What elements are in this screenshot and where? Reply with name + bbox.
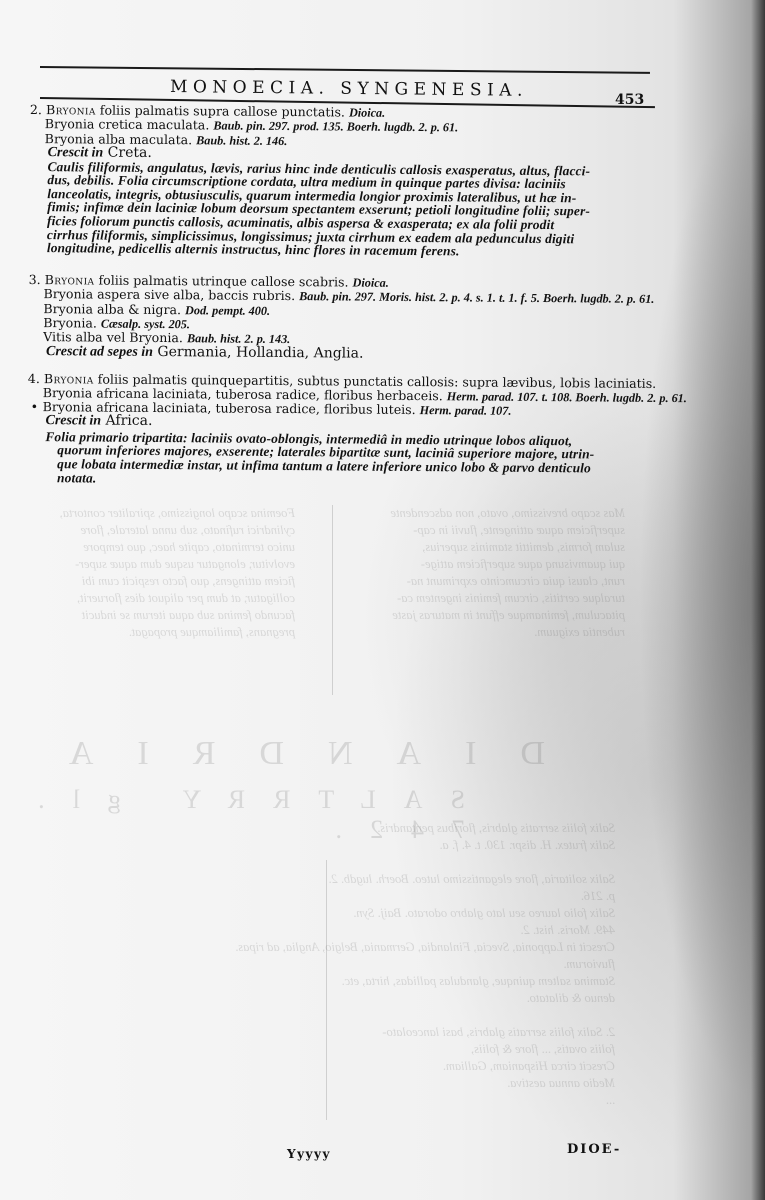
species-entry-2: 2. Bryonia foliis palmatis supra callose… [29, 103, 640, 260]
species-description: Caulis filiformis, angulatus, lævis, rar… [29, 160, 640, 260]
synonym-reference: Dod. pempt. 400. [185, 303, 270, 318]
species-description: Folia primario tripartita: laciniis ovat… [27, 430, 637, 489]
synonym-reference: Herm. parad. 107. t. 108. Boerh. lugdb. … [447, 389, 687, 405]
synonym-reference: Baub. pin. 297. prod. 135. Boerh. lugdb.… [213, 119, 458, 135]
entry-number: 3. [29, 272, 41, 287]
page-content: 2. Bryonia foliis palmatis supra callose… [27, 103, 640, 498]
catchword: DIOE- [567, 1142, 621, 1157]
synonym-reference: Cæsalp. syst. 205. [101, 317, 190, 332]
page-number: 453 [615, 92, 644, 108]
synonym-reference: Herm. parad. 107. [420, 403, 512, 418]
entry-number: 2. [30, 102, 42, 117]
sex-label: Dioica. [353, 275, 389, 289]
sex-label: Dioica. [349, 106, 385, 120]
species-entry-3: 3. Bryonia foliis palmatis utrinque call… [28, 273, 639, 363]
running-head: MONOECIA. SYNGENESIA. [170, 77, 528, 101]
synonym-reference: Baub. pin. 297. Moris. hist. 2. p. 4. s.… [299, 289, 654, 306]
habitat-prefix: Crescit ad sepes in [46, 344, 153, 360]
signature-mark: Yyyyy [287, 1147, 331, 1161]
book-page: Mas scapo brevissimo, ovato, non adscend… [0, 0, 765, 1200]
species-entry-4: 4. Bryonia foliis palmatis quinquepartit… [27, 372, 638, 489]
entry-number: 4. [28, 371, 40, 386]
habitat-prefix: Crescit in [45, 414, 101, 429]
genus-name: Bryonia [46, 102, 96, 117]
habitat-place: Germania, Hollandia, Anglia. [157, 344, 363, 362]
genus-name: Bryonia [45, 272, 95, 287]
habitat-place: Africa. [106, 413, 153, 429]
synonym-reference: Baub. hist. 2. 146. [196, 133, 287, 148]
header-top-rule [40, 66, 650, 74]
synonym-name: Bryonia. [43, 315, 97, 330]
bullet-mark-icon: • [31, 400, 38, 413]
book-spine-shadow [751, 0, 765, 1200]
